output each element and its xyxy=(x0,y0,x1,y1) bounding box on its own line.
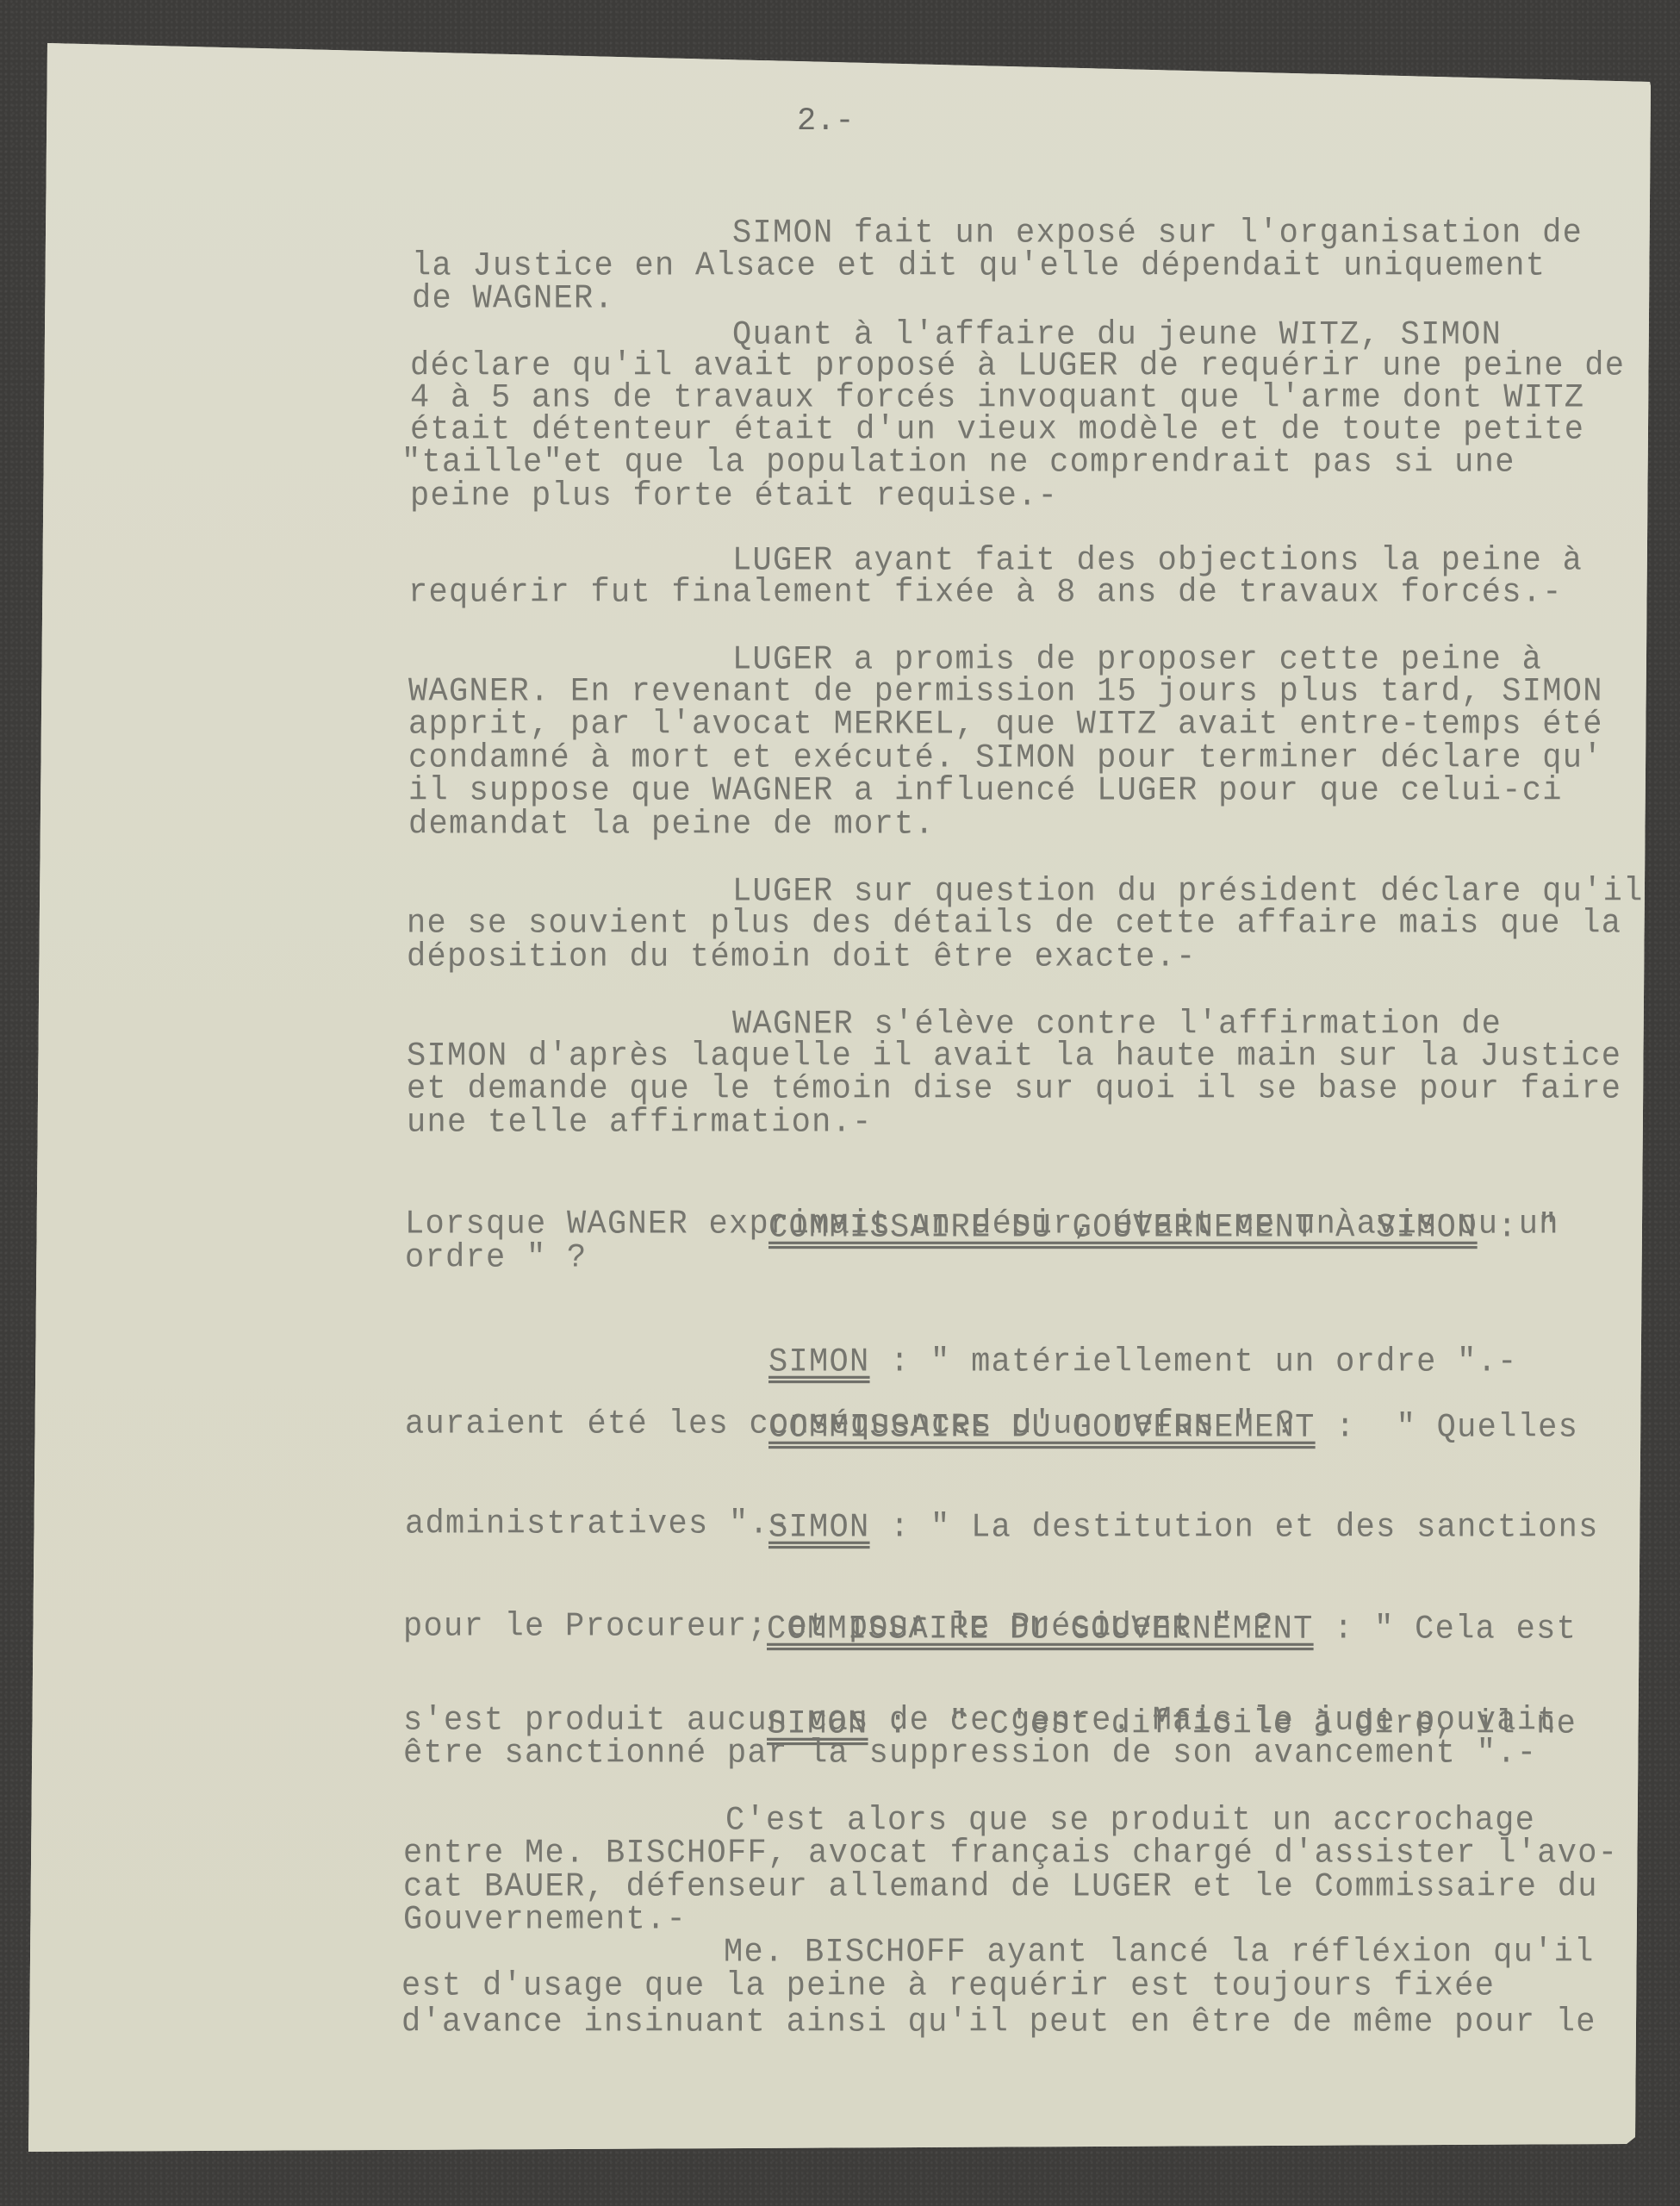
paragraph-2-line-6: peine plus forte était requise.- xyxy=(410,478,1058,514)
paragraph-6-line-4: une telle affirmation.- xyxy=(407,1105,873,1141)
paragraph-1-line-2: la Justice en Alsace et dit qu'elle dépe… xyxy=(412,248,1546,284)
paragraph-4-line-3: apprit, par l'avocat MERKEL, que WITZ av… xyxy=(408,707,1603,743)
paragraph-14-line-2: est d'usage que la peine à requérir est … xyxy=(401,1968,1495,2004)
paragraph-9-line-2: auraient été les conséquences d'un refus… xyxy=(405,1406,1296,1443)
paragraph-5-line-3: déposition du témoin doit être exacte.- xyxy=(407,939,1197,975)
paragraph-13-line-1: C'est alors que se produit un accrochage xyxy=(725,1803,1535,1839)
paragraph-10-line-2: administratives ".- xyxy=(405,1506,790,1542)
paragraph-14-line-1: Me. BISCHOFF ayant lancé la réfléxion qu… xyxy=(724,1935,1595,1971)
paragraph-1-line-3: de WAGNER. xyxy=(412,281,614,317)
paragraph-8-line-1: SIMON : " matériellement un ordre ".- xyxy=(728,1308,1518,1380)
paragraph-2-line-4: était détenteur était d'un vieux modèle … xyxy=(410,412,1584,448)
page-number: 2.- xyxy=(797,103,855,140)
paragraph-4-line-2: WAGNER. En revenant de permission 15 jou… xyxy=(408,674,1603,710)
paragraph-2-line-5: "taille"et que la population ne comprend… xyxy=(401,445,1515,481)
paragraph-12-line-3: être sanctionné par la suppression de so… xyxy=(403,1736,1537,1772)
paragraph-13-line-3: cat BAUER, défenseur allemand de LUGER e… xyxy=(403,1869,1598,1905)
paragraph-11-line-2: pour le Procureur; et pour le Président … xyxy=(403,1609,1274,1645)
paragraph-3-line-2: requérir fut finalement fixée à 8 ans de… xyxy=(408,575,1563,611)
speaker-rest: : " La destitution et des sanctions xyxy=(870,1509,1599,1547)
paragraph-13-line-4: Gouvernement.- xyxy=(403,1902,687,1938)
paragraph-12-line-2: s'est produit aucun cas de ce genre. Mai… xyxy=(403,1703,1558,1739)
paragraph-1-line-1: SIMON fait un exposé sur l'organisation … xyxy=(732,215,1583,252)
paragraph-7-line-3: ordre " ? xyxy=(405,1240,588,1276)
paragraph-4-line-6: demandat la peine de mort. xyxy=(408,807,935,843)
speaker-rest: : " Quelles xyxy=(1316,1409,1579,1447)
paragraph-4-line-5: il suppose que WAGNER a influencé LUGER … xyxy=(408,773,1563,809)
paragraph-14-line-3: d'avance insinuant ainsi qu'il peut en ê… xyxy=(401,2004,1596,2041)
paragraph-4-line-4: condamné à mort et exécuté. SIMON pour t… xyxy=(408,740,1603,776)
paragraph-5-line-2: ne se souvient plus des détails de cette… xyxy=(407,906,1621,942)
paragraph-6-line-2: SIMON d'après laquelle il avait la haute… xyxy=(407,1038,1621,1075)
paragraph-10-line-1: SIMON : " La destitution et des sanction… xyxy=(728,1474,1599,1546)
paragraph-6-line-3: et demande que le témoin dise sur quoi i… xyxy=(407,1071,1621,1107)
speaker-rest: : " Cela est xyxy=(1314,1611,1577,1648)
paragraph-13-line-2: entre Me. BISCHOFF, avocat français char… xyxy=(403,1835,1618,1872)
paragraph-7-line-2: Lorsque WAGNER exprimait un désir, était… xyxy=(405,1206,1559,1243)
